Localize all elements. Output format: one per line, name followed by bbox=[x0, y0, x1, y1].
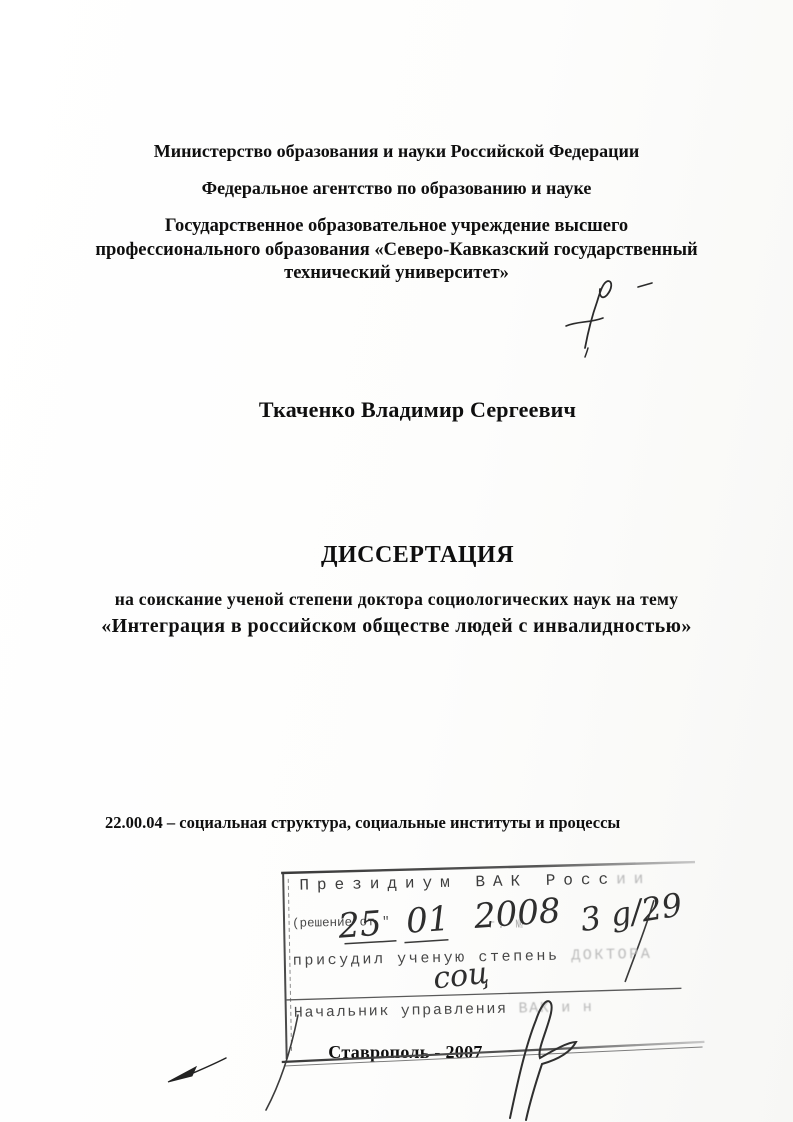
agency-line: Федеральное агентство по образованию и н… bbox=[0, 178, 793, 199]
degree-pursuit-line: на соискание ученой степени доктора соци… bbox=[0, 589, 793, 610]
stamp-org-faded-text: ии bbox=[616, 870, 652, 889]
university-line-1: Государственное образовательное учрежден… bbox=[0, 215, 793, 239]
university-name: Государственное образовательное учрежден… bbox=[0, 215, 793, 286]
thesis-title: «Интеграция в российском обществе людей … bbox=[0, 615, 793, 638]
ministry-line: Министерство образования и науки Российс… bbox=[0, 141, 793, 162]
handwritten-scribble-mark bbox=[558, 274, 668, 358]
stamp-degree-faded-text: ДОКТОРА bbox=[571, 946, 653, 965]
university-line-2: профессионального образования «Северо-Ка… bbox=[0, 239, 793, 263]
author-name: Ткаченко Владимир Сергеевич bbox=[0, 397, 793, 423]
handwritten-arrow-mark bbox=[162, 1052, 232, 1087]
pen-stroke-mark bbox=[258, 1010, 303, 1115]
document-type-title: ДИССЕРТАЦИЯ bbox=[0, 542, 793, 569]
specialty-code-line: 22.00.04 – социальная структура, социаль… bbox=[105, 813, 620, 833]
handwritten-signature bbox=[480, 990, 580, 1120]
dissertation-title-page: Министерство образования и науки Российс… bbox=[0, 0, 793, 1122]
university-line-3: технический университет» bbox=[0, 262, 793, 286]
